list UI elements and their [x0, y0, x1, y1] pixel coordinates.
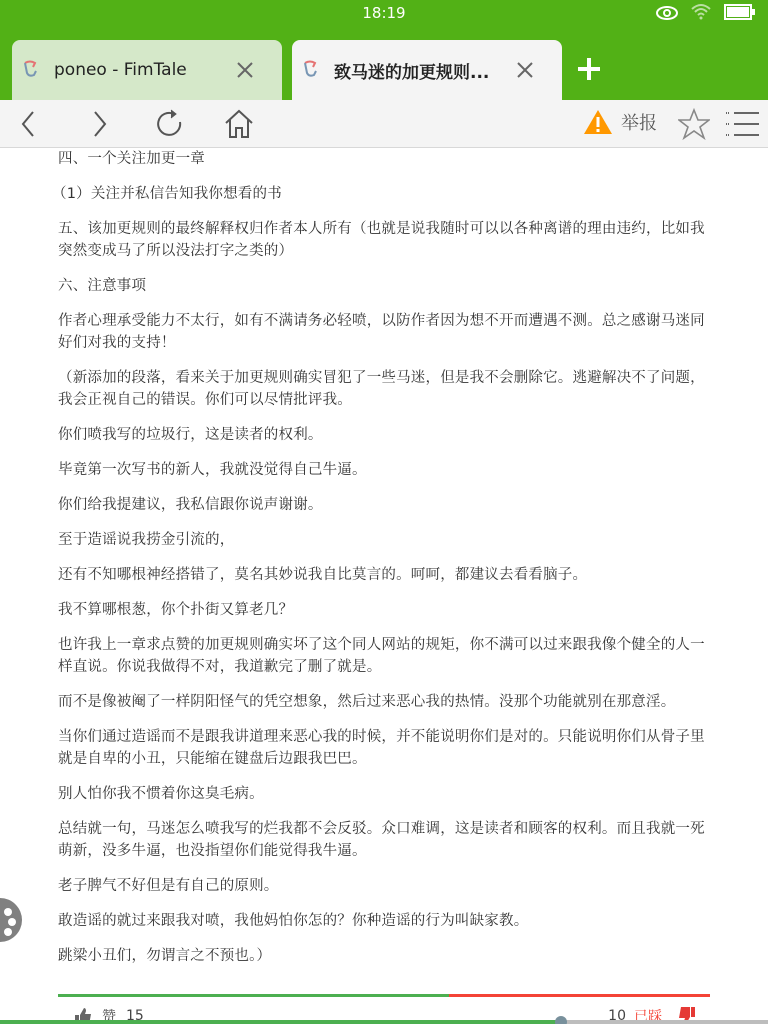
- browser-toolbar: 举报: [0, 100, 768, 148]
- dislike-ratio: [449, 994, 710, 997]
- paragraph: （新添加的段落，看来关于加更规则确实冒犯了一些马迷，但是我不会删除它。逃避解决不…: [58, 367, 714, 411]
- plus-icon: [574, 54, 604, 84]
- warning-icon: [583, 109, 613, 135]
- paragraph: 别人怕你我不惯着你这臭毛病。: [58, 783, 714, 805]
- article-body: 四、一个关注加更一章 （1）关注并私信告知我你想看的书 五、该加更规则的最终解释…: [58, 148, 714, 980]
- paragraph: 也许我上一章求点赞的加更规则确实坏了这个同人网站的规矩，你不满可以过来跟我像个健…: [58, 634, 714, 678]
- paragraph: 你们给我提建议，我私信跟你说声谢谢。: [58, 494, 714, 516]
- progress-fill: [0, 1020, 561, 1024]
- battery-icon: [724, 4, 756, 24]
- wifi-icon: [690, 3, 712, 25]
- back-button[interactable]: [10, 106, 46, 142]
- reading-progress-slider[interactable]: [0, 1020, 768, 1024]
- paragraph: 敢造谣的就过来跟我对喷，我他妈怕你怎的？你种造谣的行为叫缺家教。: [58, 910, 714, 932]
- paragraph: 六、注意事项: [58, 275, 714, 297]
- clock: 18:19: [0, 4, 768, 22]
- paragraph: 还有不知哪根神经搭错了，莫名其妙说我自比莫言的。呵呵，都建议去看看脑子。: [58, 564, 714, 586]
- paragraph: 总结就一句，马迷怎么喷我写的烂我都不会反驳。众口难调，这是读者和顾客的权利。而且…: [58, 818, 714, 862]
- home-icon: [223, 108, 255, 140]
- paragraph: 四、一个关注加更一章: [58, 148, 714, 170]
- refresh-button[interactable]: [152, 106, 188, 142]
- vote-ratio-bar: [58, 994, 710, 997]
- paragraph: 至于造谣说我捞金引流的，: [58, 529, 714, 551]
- back-icon: [18, 110, 38, 138]
- forward-button[interactable]: [82, 106, 118, 142]
- tab-bar: poneo - FimTale 致马迷的加更规则...: [0, 40, 768, 100]
- paragraph: 你们喷我写的垃圾行，这是读者的权利。: [58, 424, 714, 446]
- paragraph: 作者心理承受能力不太行，如有不满请务必轻喷，以防作者因为想不开而遭遇不测。总之感…: [58, 310, 714, 354]
- paragraph: 我不算哪根葱，你个扑街又算老几？: [58, 599, 714, 621]
- tab-poneo[interactable]: poneo - FimTale: [12, 40, 282, 100]
- report-button[interactable]: 举报: [583, 109, 657, 135]
- home-button[interactable]: [221, 106, 257, 142]
- report-label: 举报: [621, 109, 657, 135]
- paragraph: （1）关注并私信告知我你想看的书: [52, 183, 714, 205]
- paragraph: 当你们通过造谣而不是跟我讲道理来恶心我的时候，并不能说明你们是对的。只能说明你们…: [58, 726, 714, 770]
- menu-icon: [725, 111, 759, 137]
- status-bar: 18:19: [0, 0, 768, 40]
- refresh-icon: [155, 108, 185, 140]
- new-tab-button[interactable]: [574, 54, 604, 84]
- fimtale-icon: [300, 59, 322, 81]
- paragraph: 而不是像被阉了一样阴阳怪气的凭空想象，然后过来恶心我的热情。没那个功能就别在那意…: [58, 691, 714, 713]
- menu-button[interactable]: [724, 106, 760, 142]
- close-tab-icon[interactable]: [230, 55, 260, 85]
- bookmark-button[interactable]: [676, 106, 712, 142]
- tab-article[interactable]: 致马迷的加更规则...: [292, 40, 562, 100]
- paragraph: 跳梁小丑们，勿谓言之不预也。）: [58, 945, 714, 967]
- eye-icon: [656, 5, 678, 24]
- like-ratio: [58, 994, 449, 997]
- paragraph: 毕竟第一次写书的新人，我就没觉得自己牛逼。: [58, 459, 714, 481]
- paragraph: 五、该加更规则的最终解释权归作者本人所有（也就是说我随时可以以各种离谱的理由违约…: [58, 218, 714, 262]
- tab-title: poneo - FimTale: [54, 60, 230, 80]
- star-icon: [678, 108, 710, 140]
- tab-title: 致马迷的加更规则...: [334, 58, 510, 83]
- fimtale-icon: [20, 59, 42, 81]
- floating-menu-button[interactable]: [0, 898, 22, 942]
- slider-thumb[interactable]: [555, 1016, 567, 1024]
- forward-icon: [90, 110, 110, 138]
- close-tab-icon[interactable]: [510, 55, 540, 85]
- paragraph: 老子脾气不好但是有自己的原则。: [58, 875, 714, 897]
